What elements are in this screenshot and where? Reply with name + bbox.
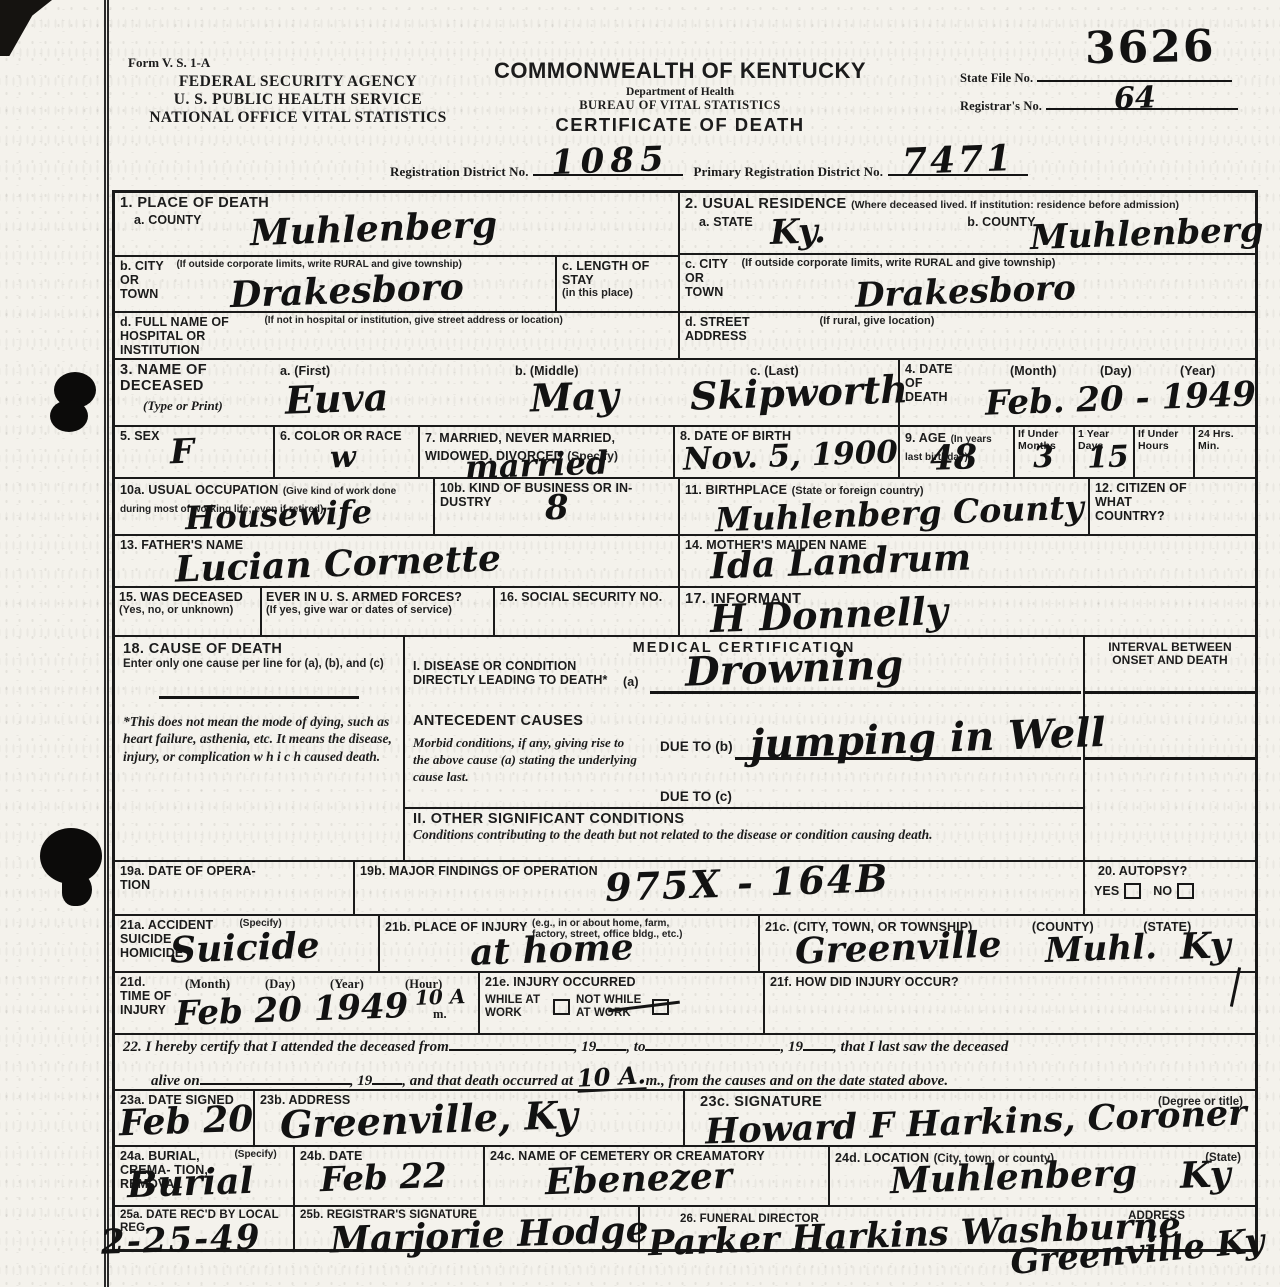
time-of-injury-cell: 21d. TIME OF INJURY (Month) (Day) (Year)…	[115, 973, 480, 1033]
citizen-cell: 12. CITIZEN OF WHAT COUNTRY?	[1090, 479, 1255, 534]
sex-label: 5. SEX	[120, 429, 268, 443]
burial-type-note: (Specify)	[234, 1149, 276, 1160]
date-signed-cell: 23a. DATE SIGNED Feb 20	[115, 1091, 255, 1145]
birthplace-value: Muhlenberg County	[715, 491, 1085, 537]
commonwealth-title: COMMONWEALTH OF KENTUCKY	[455, 58, 905, 84]
bureau-line: BUREAU OF VITAL STATISTICS	[455, 98, 905, 113]
burial-location-value: Muhlenberg	[889, 1155, 1137, 1200]
certify-blank-6	[372, 1083, 402, 1085]
state-file-blank	[1037, 66, 1232, 82]
date-received-value: 2-25-49	[100, 1220, 262, 1260]
place-city-note: (If outside corporate limits, write RURA…	[176, 259, 546, 270]
registrar-line: Registrar's No. 64	[960, 94, 1238, 115]
registrar-blank: 64	[1046, 94, 1238, 110]
age-days-value: 15	[1086, 442, 1129, 473]
torn-corner-mark	[0, 0, 52, 56]
row-injury-time: 21d. TIME OF INJURY (Month) (Day) (Year)…	[115, 973, 1255, 1035]
certify-blank-1	[449, 1049, 574, 1051]
first-name-value: Euva	[284, 378, 389, 420]
ssn-cell: 16. SOCIAL SECURITY NO.	[495, 588, 680, 635]
certify-blank-3	[645, 1049, 780, 1051]
race-cell: 6. COLOR OR RACE w	[275, 427, 420, 477]
registrar-label: Registrar's No.	[960, 99, 1042, 113]
dob-value: Nov. 5, 1900	[683, 437, 899, 475]
primary-district-blank: 7471	[888, 160, 1028, 176]
row-parents: 13. FATHER'S NAME Lucian Cornette 14. MO…	[115, 536, 1255, 588]
burial-type-cell: 24a. BURIAL, CREMA- TION, REMOVAL (Speci…	[115, 1147, 295, 1205]
date-of-operation-label: 19a. DATE OF OPERA- TION	[120, 864, 280, 892]
residence-state-value: Ky.	[769, 214, 826, 250]
was-deceased-label: 15. WAS DECEASED	[119, 590, 256, 604]
other-conditions-note: Conditions contributing to the death but…	[413, 827, 1075, 844]
injury-occurred-cell: 21e. INJURY OCCURRED WHILE AT WORK NOT W…	[480, 973, 765, 1033]
certificate-of-death-title: CERTIFICATE OF DEATH	[455, 114, 905, 136]
injury-state-value: Ky	[1179, 927, 1231, 965]
autopsy-no-label: NO	[1153, 884, 1172, 898]
place-county-cell: 1. PLACE OF DEATH a. COUNTY Muhlenberg	[115, 193, 678, 257]
certify-line-1: 22. I hereby certify that I attended the…	[123, 1039, 1247, 1056]
hospital-note: (If not in hospital or institution, give…	[264, 315, 644, 326]
header-agency-block: Form V. S. 1-A FEDERAL SECURITY AGENCY U…	[128, 55, 468, 127]
informant-cell: 17. INFORMANT H Donnelly	[680, 588, 1255, 635]
usual-residence-note: (Where deceased lived. If institution: r…	[851, 199, 1179, 211]
time-of-injury-hour-value: 10 A	[415, 986, 466, 1008]
race-value: w	[329, 443, 356, 474]
usual-residence-title: 2. USUAL RESIDENCE	[685, 196, 847, 212]
residence-state-label: a. STATE	[699, 215, 753, 229]
injury-location-cell: 21c. (CITY, TOWN, OR TOWNSHIP) (COUNTY) …	[760, 916, 1255, 971]
residence-county-label: b. COUNTY	[967, 215, 1035, 229]
middle-name-value: May	[529, 376, 619, 417]
row-signature: 23a. DATE SIGNED Feb 20 23b. ADDRESS Gre…	[115, 1091, 1255, 1147]
dod-day-label: (Day)	[1100, 364, 1132, 378]
mother-cell: 14. MOTHER'S MAIDEN NAME Ida Landrum	[680, 536, 1255, 586]
place-city-row: b. CITY OR TOWN (If outside corporate li…	[115, 257, 678, 313]
section-usual-residence: 2. USUAL RESIDENCE (Where deceased lived…	[680, 193, 1255, 358]
section-place-of-death: 1. PLACE OF DEATH a. COUNTY Muhlenberg b…	[115, 193, 680, 358]
cause-of-death-note: Enter only one cause per line for (a), (…	[123, 658, 395, 670]
occupation-label: 10a. USUAL OCCUPATION	[120, 483, 278, 497]
street-address-note: (If rural, give location)	[819, 315, 934, 327]
was-deceased-cell: 15. WAS DECEASED (Yes, no, or unknown)	[115, 588, 262, 635]
autopsy-yes-label: YES	[1094, 884, 1119, 898]
age-value: 48	[929, 440, 977, 476]
occupation-value: Housewife	[184, 496, 372, 535]
certify-p2: , 19	[574, 1039, 597, 1055]
burial-location-cell: 24d. LOCATION (City, town, or county) (S…	[830, 1147, 1255, 1205]
major-findings-value: 975X - 164B	[604, 859, 890, 907]
row-forces-informant: 15. WAS DECEASED (Yes, no, or unknown) E…	[115, 588, 1255, 637]
residence-street-cell: d. STREET ADDRESS (If rural, give locati…	[680, 313, 1255, 358]
armed-forces-label: EVER IN U. S. ARMED FORCES?	[266, 590, 489, 604]
place-of-injury-cell: 21b. PLACE OF INJURY (e.g., in or about …	[380, 916, 760, 971]
death-hour-value: 10 A.	[576, 1063, 646, 1093]
agency-line-3: NATIONAL OFFICE VITAL STATISTICS	[128, 109, 468, 127]
time-of-injury-label: 21d. TIME OF INJURY	[120, 975, 175, 1017]
length-of-stay-note: (in this place)	[562, 287, 673, 299]
father-value: Lucian Cornette	[174, 540, 501, 587]
dod-title: 4. DATE OF DEATH	[905, 362, 965, 404]
autopsy-cell: 20. AUTOPSY? YES NO	[1085, 862, 1255, 914]
residence-city-note: (If outside corporate limits, write RURA…	[741, 257, 1161, 269]
certify-p9: m., from the causes and on the date stat…	[646, 1073, 949, 1089]
burial-date-cell: 24b. DATE Feb 22	[295, 1147, 485, 1205]
dob-cell: 8. DATE OF BIRTH Nov. 5, 1900	[675, 427, 900, 477]
hospital-label: d. FULL NAME OF HOSPITAL OR INSTITUTION	[120, 315, 260, 357]
residence-state-county-cell: 2. USUAL RESIDENCE (Where deceased lived…	[680, 193, 1255, 255]
last-name-value: Skipworth	[689, 370, 908, 416]
marital-cell: 7. MARRIED, NEVER MARRIED, WIDOWED, DIVO…	[420, 427, 675, 477]
place-city-cell: b. CITY OR TOWN (If outside corporate li…	[115, 257, 557, 311]
injury-occurred-label: 21e. INJURY OCCURRED	[485, 975, 758, 989]
row-burial: 24a. BURIAL, CREMA- TION, REMOVAL (Speci…	[115, 1147, 1255, 1207]
row-name-dod: 3. NAME OF DECEASED a. (First) b. (Middl…	[115, 360, 1255, 427]
certify-blank-2	[596, 1049, 626, 1051]
injury-city-value: Greenville	[794, 926, 1002, 969]
antecedent-title: ANTECEDENT CAUSES	[413, 713, 583, 729]
age-months-cell: If Under Months 3	[1015, 427, 1075, 477]
registrar-signature-value: Marjorie Hodge	[329, 1211, 649, 1258]
certificate-form: 1. PLACE OF DEATH a. COUNTY Muhlenberg b…	[112, 190, 1258, 1252]
interval-cell: INTERVAL BETWEEN ONSET AND DEATH	[1085, 637, 1255, 860]
row-sex-age: 5. SEX F 6. COLOR OR RACE w 7. MARRIED, …	[115, 427, 1255, 479]
burial-location-state-value: Ky	[1179, 1156, 1231, 1194]
cause-of-death-title: 18. CAUSE OF DEATH	[123, 641, 395, 657]
informant-value: H Donnelly	[709, 592, 948, 638]
date-signed-value: Feb 20	[118, 1101, 253, 1142]
age-days-cell: 1 Year Days 15	[1075, 427, 1135, 477]
place-county-label: a. COUNTY	[134, 213, 202, 227]
disease-condition-line2: DIRECTLY LEADING TO DEATH*	[413, 673, 608, 687]
dod-month-label: (Month)	[1010, 364, 1057, 378]
age-hours-label: If Under Hours	[1138, 429, 1190, 453]
primary-district-value: 7471	[901, 140, 1014, 180]
cause-a-value: Drowning	[684, 645, 903, 693]
certify-blank-4	[803, 1049, 833, 1051]
sex-cell: 5. SEX F	[115, 427, 275, 477]
was-deceased-note: (Yes, no, or unknown)	[119, 604, 256, 616]
cemetery-value: Ebenezer	[544, 1158, 732, 1201]
age-hours-cell: If Under Hours	[1135, 427, 1195, 477]
autopsy-yes-checkbox	[1124, 883, 1141, 899]
other-conditions-block: II. OTHER SIGNIFICANT CONDITIONS Conditi…	[405, 807, 1083, 860]
place-county-value: Muhlenberg	[249, 207, 497, 252]
dept-of-health: Department of Health	[455, 86, 905, 98]
row-certify-statement: 22. I hereby certify that I attended the…	[115, 1035, 1255, 1091]
residence-city-label: c. CITY OR TOWN	[685, 257, 737, 299]
name-title: 3. NAME OF DECEASED	[120, 362, 240, 394]
occupation-cell: 10a. USUAL OCCUPATION (Give kind of work…	[115, 479, 435, 534]
father-cell: 13. FATHER'S NAME Lucian Cornette	[115, 536, 680, 586]
stamp-number: 3626	[1085, 26, 1215, 70]
state-file-line: State File No.	[960, 66, 1232, 87]
certify-p3: , to	[626, 1039, 645, 1055]
row-place-residence: 1. PLACE OF DEATH a. COUNTY Muhlenberg b…	[115, 193, 1255, 360]
antecedent-note: Morbid conditions, if any, giving rise t…	[413, 735, 643, 786]
registrar-value: 64	[1114, 83, 1157, 114]
interval-line-b	[1085, 757, 1255, 760]
date-received-cell: 25a. DATE REC'D BY LOCAL REG. 2-25-49	[115, 1207, 295, 1249]
armed-forces-cell: EVER IN U. S. ARMED FORCES? (If yes, giv…	[262, 588, 495, 635]
certify-p7: , 19	[350, 1073, 373, 1089]
place-of-injury-value: at home	[469, 929, 634, 971]
interval-label: INTERVAL BETWEEN ONSET AND DEATH	[1089, 641, 1251, 668]
burial-type-value: Burial	[126, 1163, 253, 1203]
row-injury-place: 21a. ACCIDENT SUICIDE HOMICIDE (Specify)…	[115, 916, 1255, 973]
date-of-operation-cell: 19a. DATE OF OPERA- TION	[115, 862, 355, 914]
place-hospital-cell: d. FULL NAME OF HOSPITAL OR INSTITUTION …	[115, 313, 678, 358]
ssn-label: 16. SOCIAL SECURITY NO.	[500, 590, 673, 604]
accident-suicide-cell: 21a. ACCIDENT SUICIDE HOMICIDE (Specify)…	[115, 916, 380, 971]
certify-p1: 22. I hereby certify that I attended the…	[123, 1039, 449, 1055]
cemetery-cell: 24c. NAME OF CEMETERY OR CREAMATORY Eben…	[485, 1147, 830, 1205]
row-medical-certification: 18. CAUSE OF DEATH Enter only one cause …	[115, 637, 1255, 862]
autopsy-no-checkbox	[1177, 883, 1194, 899]
state-file-label: State File No.	[960, 71, 1033, 85]
signature-cell: 23c. SIGNATURE (Degree or title) Howard …	[685, 1091, 1255, 1145]
how-injury-occurred-label: 21f. HOW DID INJURY OCCUR?	[770, 975, 1250, 989]
certify-blank-5	[200, 1083, 350, 1085]
mother-value: Ida Landrum	[709, 539, 971, 584]
toi-day-label: (Day)	[265, 977, 295, 991]
birthplace-label: 11. BIRTHPLACE	[685, 483, 787, 497]
marital-value: married	[464, 447, 608, 484]
medical-certification-cell: MEDICAL CERTIFICATION I. DISEASE OR COND…	[405, 637, 1085, 860]
certify-p8: , and that death occurred at	[402, 1073, 573, 1089]
how-injury-occurred-cell: 21f. HOW DID INJURY OCCUR?	[765, 973, 1255, 1033]
street-address-label: d. STREET ADDRESS	[685, 315, 755, 343]
signer-address-value: Greenville, Ky	[279, 1096, 578, 1144]
place-city-label: b. CITY OR TOWN	[120, 259, 172, 301]
ink-blot-upper-2	[50, 400, 88, 432]
row-occupation: 10a. USUAL OCCUPATION (Give kind of work…	[115, 479, 1255, 536]
cause-a-label: (a)	[623, 675, 639, 689]
age-months-value: 3	[1032, 443, 1054, 474]
age-min-cell: 24 Hrs. Min.	[1195, 427, 1255, 477]
name-of-deceased-cell: 3. NAME OF DECEASED a. (First) b. (Middl…	[115, 360, 900, 425]
page-left-edge	[104, 0, 109, 1287]
burial-date-value: Feb 22	[319, 1159, 447, 1197]
certify-line-2: alive on, 19, and that death occurred at…	[151, 1065, 1247, 1091]
cause-b-value: jumping in Well	[749, 713, 1106, 765]
due-to-b-label: DUE TO (b)	[660, 739, 733, 754]
name-note: (Type or Print)	[143, 398, 223, 414]
citizen-label: 12. CITIZEN OF WHAT COUNTRY?	[1095, 481, 1205, 523]
armed-forces-note: (If yes, give war or dates of service)	[266, 604, 489, 616]
date-of-death-cell: 4. DATE OF DEATH (Month) (Day) (Year) Fe…	[900, 360, 1255, 425]
length-of-stay-cell: c. LENGTH OF STAY (in this place)	[557, 257, 678, 311]
signer-address-cell: 23b. ADDRESS Greenville, Ky	[255, 1091, 685, 1145]
certify-p5: , that I last saw the deceased	[833, 1039, 1008, 1055]
birthplace-cell: 11. BIRTHPLACE (State or foreign country…	[680, 479, 1090, 534]
header-title-block: COMMONWEALTH OF KENTUCKY Department of H…	[455, 58, 905, 136]
place-city-value: Drakesboro	[229, 269, 464, 313]
registrar-signature-cell: 25b. REGISTRAR'S SIGNATURE Marjorie Hodg…	[295, 1207, 640, 1249]
row-operation: 19a. DATE OF OPERA- TION 19b. MAJOR FIND…	[115, 862, 1255, 916]
reg-district-value: 1085	[551, 142, 671, 180]
residence-city-cell: c. CITY OR TOWN (If outside corporate li…	[680, 255, 1255, 313]
due-to-c-label: DUE TO (c)	[660, 789, 732, 804]
interval-line-a	[1085, 691, 1255, 694]
length-of-stay-label: c. LENGTH OF STAY	[562, 259, 673, 287]
form-number: Form V. S. 1-A	[128, 55, 468, 71]
business-value: 8	[544, 491, 569, 526]
scanned-death-certificate: { "header": { "form_no": "Form V. S. 1-A…	[0, 0, 1280, 1287]
other-conditions-title: II. OTHER SIGNIFICANT CONDITIONS	[413, 811, 1075, 827]
autopsy-label: 20. AUTOPSY?	[1098, 864, 1250, 878]
primary-district-label: Primary Registration District No.	[694, 164, 884, 179]
certify-p6: alive on	[151, 1073, 200, 1089]
age-cell: 9. AGE (In years last birthday) 48	[900, 427, 1015, 477]
residence-city-value: Drakesboro	[854, 271, 1076, 313]
while-at-work-checkbox	[553, 999, 570, 1015]
residence-county-value: Muhlenberg	[1029, 213, 1263, 255]
cause-of-death-footnote: *This does not mean the mode of dying, s…	[123, 713, 395, 765]
toi-month-label: (Month)	[185, 977, 230, 991]
agency-line-2: U. S. PUBLIC HEALTH SERVICE	[128, 91, 468, 109]
dod-value: Feb. 20 - 1949	[984, 377, 1256, 420]
agency-line-1: FEDERAL SECURITY AGENCY	[128, 73, 468, 91]
ink-blot-lower-2	[62, 872, 92, 906]
injury-county-value: Muhl.	[1044, 930, 1157, 968]
business-cell: 10b. KIND OF BUSINESS OR IN- DUSTRY 8	[435, 479, 680, 534]
cause-of-death-cell: 18. CAUSE OF DEATH Enter only one cause …	[115, 637, 405, 860]
sex-value: F	[169, 435, 194, 470]
certify-p4: , 19	[780, 1039, 803, 1055]
reg-district-label: Registration District No.	[390, 164, 529, 179]
age-min-label: 24 Hrs. Min.	[1198, 429, 1252, 453]
major-findings-cell: 19b. MAJOR FINDINGS OF OPERATION 975X - …	[355, 862, 1085, 914]
not-while-at-work-checkbox	[652, 999, 669, 1015]
accident-suicide-value: Suicide	[169, 927, 320, 968]
reg-district-blank: 1085	[533, 160, 683, 176]
while-at-work-label: WHILE AT WORK	[485, 994, 547, 1020]
cause-divider	[159, 696, 359, 699]
registration-district-line: Registration District No. 1085 Primary R…	[390, 160, 1028, 181]
time-of-injury-value: Feb 20 1949	[174, 989, 408, 1031]
disease-condition-line1: I. DISEASE OR CONDITION	[413, 659, 576, 673]
